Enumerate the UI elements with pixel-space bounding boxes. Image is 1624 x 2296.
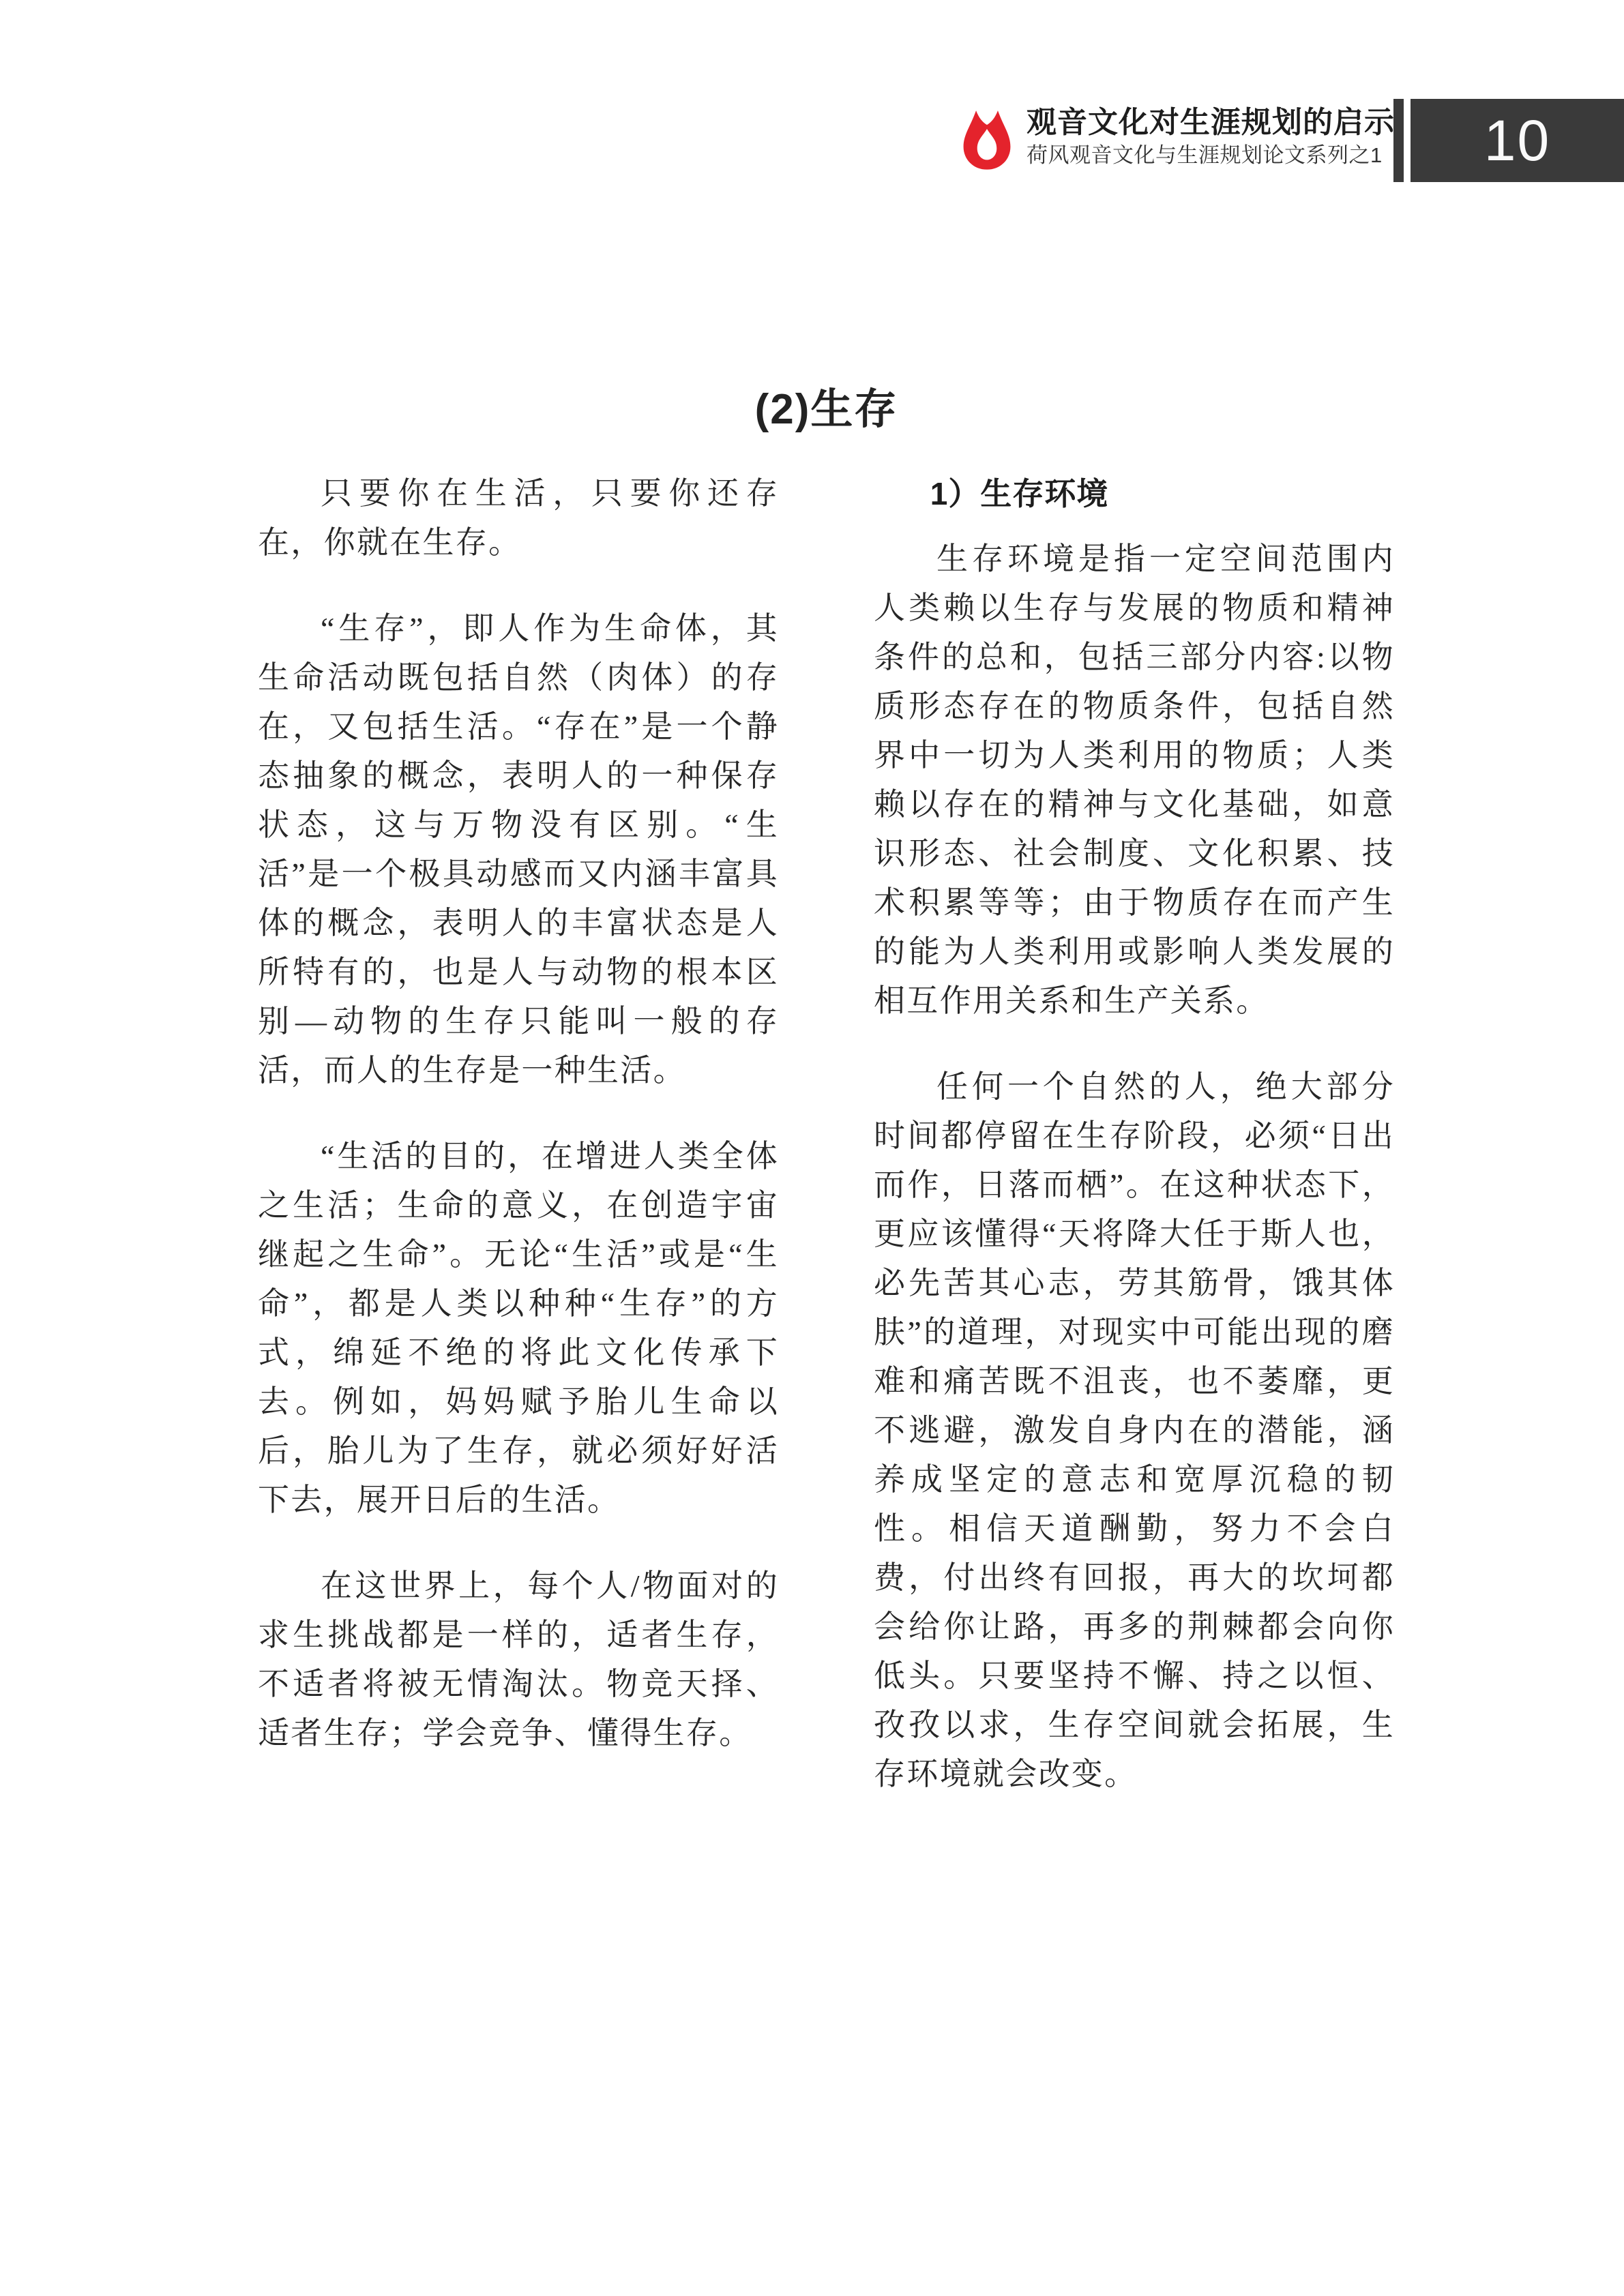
content-columns: 只要你在生活，只要你还存在，你就在生存。 “生存”，即人作为生命体，其生命活动既… [258, 469, 1395, 1799]
section-heading: (2)生存 [258, 375, 1395, 436]
header-title: 观音文化对生涯规划的启示 [1027, 106, 1408, 140]
left-column: 只要你在生活，只要你还存在，你就在生存。 “生存”，即人作为生命体，其生命活动既… [258, 469, 779, 1758]
paragraph: 在这世界上，每个人/物面对的求生挑战都是一样的，适者生存，不适者将被无情淘汰。物… [258, 1562, 779, 1758]
paragraph: “生存”，即人作为生命体，其生命活动既包括自然（肉体）的存在，又包括生活。“存在… [258, 604, 779, 1095]
right-column: 1）生存环境 生存环境是指一定空间范围内人类赖以生存与发展的物质和精神条件的总和… [874, 469, 1395, 1799]
subsection-heading: 1）生存环境 [874, 469, 1395, 518]
paragraph: “生活的目的，在增进人类全体之生活；生命的意义，在创造宇宙继起之生命”。无论“生… [258, 1132, 779, 1525]
header-divider-bar [1393, 99, 1404, 182]
paragraph: 只要你在生活，只要你还存在，你就在生存。 [258, 469, 779, 567]
page-header: 观音文化对生涯规划的启示 荷风观音文化与生涯规划论文系列之1 10 [0, 99, 1624, 182]
page-number: 10 [1484, 108, 1550, 174]
lotus-flame-logo-icon [958, 107, 1016, 173]
paragraph: 任何一个自然的人，绝大部分时间都停留在生存阶段，必须“日出而作，日落而栖”。在这… [874, 1062, 1395, 1799]
brand-text: 观音文化对生涯规划的启示 荷风观音文化与生涯规划论文系列之1 [1027, 106, 1408, 168]
page-number-box: 10 [1411, 99, 1624, 182]
paragraph: 生存环境是指一定空间范围内人类赖以生存与发展的物质和精神条件的总和，包括三部分内… [874, 535, 1395, 1026]
document-page: 观音文化对生涯规划的启示 荷风观音文化与生涯规划论文系列之1 10 (2)生存 … [0, 0, 1624, 2296]
header-subtitle: 荷风观音文化与生涯规划论文系列之1 [1027, 143, 1408, 168]
